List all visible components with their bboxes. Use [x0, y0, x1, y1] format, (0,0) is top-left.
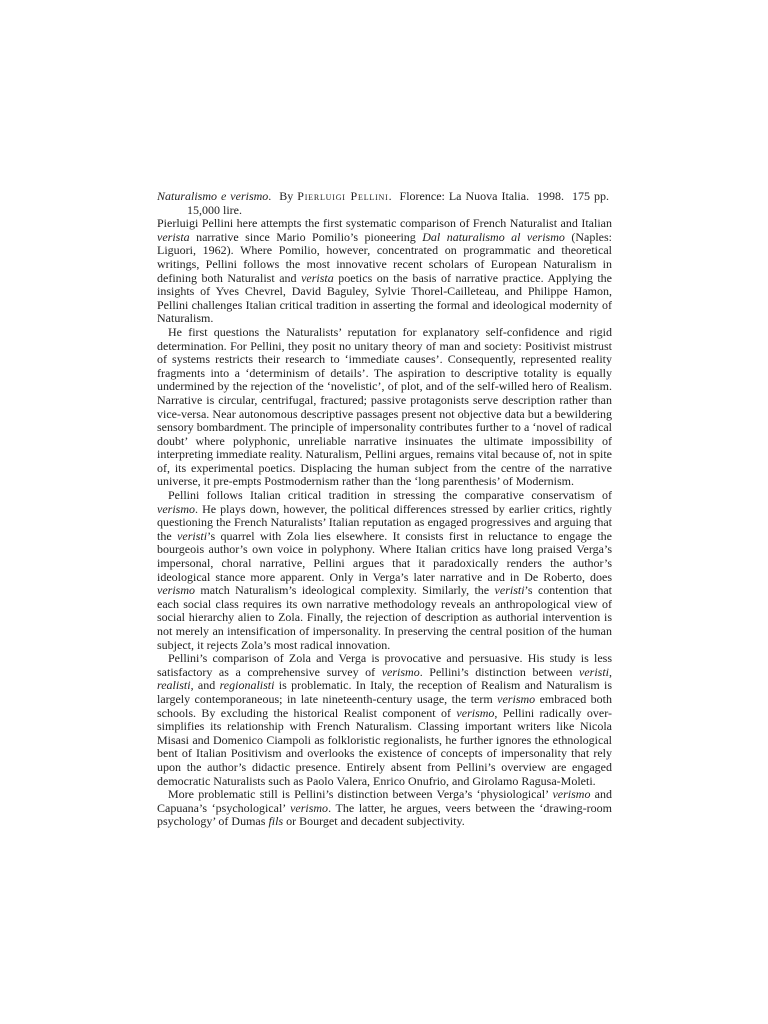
review-text-block: Naturalismo e verismo. By Pierluigi Pell… — [157, 190, 612, 829]
text-run: or Bourget and decadent subjectivity. — [283, 814, 465, 828]
italic-term: realisti — [157, 678, 191, 692]
italic-term: Naturalismo e verismo — [157, 189, 268, 203]
italic-term: veristi — [579, 665, 609, 679]
italic-term: veristi — [177, 529, 207, 543]
review-paragraph: Pierluigi Pellini here attempts the firs… — [157, 217, 612, 326]
text-run: , and — [191, 678, 220, 692]
review-citation: Naturalismo e verismo. By Pierluigi Pell… — [157, 190, 612, 217]
italic-term: regionalisti — [220, 678, 275, 692]
italic-term: verismo — [497, 692, 535, 706]
text-run: ’s quarrel with Zola lies elsewhere. It … — [157, 529, 612, 584]
text-run: match Naturalism’s ideological complexit… — [195, 583, 495, 597]
italic-term: verismo — [290, 801, 328, 815]
italic-term: veristi — [495, 583, 525, 597]
review-paragraph: Pellini follows Italian critical traditi… — [157, 489, 612, 652]
italic-term: verismo — [382, 665, 420, 679]
text-run: More problematic still is Pellini’s dist… — [168, 787, 552, 801]
italic-term: verista — [301, 271, 334, 285]
author-name-small-caps: Pierluigi Pellini — [297, 189, 388, 203]
text-run: . Pellini’s distinction between — [420, 665, 579, 679]
text-run: Pellini follows Italian critical traditi… — [168, 488, 612, 502]
text-run: narrative since Mario Pomilio’s pioneeri… — [190, 230, 423, 244]
italic-term: fils — [268, 814, 283, 828]
text-run: He first questions the Naturalists’ repu… — [157, 325, 612, 489]
page-sheet: Naturalismo e verismo. By Pierluigi Pell… — [139, 178, 631, 938]
review-paragraph: He first questions the Naturalists’ repu… — [157, 326, 612, 489]
text-run: Pierluigi Pellini here attempts the firs… — [157, 216, 612, 230]
review-paragraph: More problematic still is Pellini’s dist… — [157, 788, 612, 829]
italic-term: verismo — [157, 583, 195, 597]
review-paragraph: Pellini’s comparison of Zola and Verga i… — [157, 652, 612, 788]
italic-term: verismo — [552, 787, 590, 801]
text-run: . By — [268, 189, 297, 203]
italic-term: verismo — [157, 502, 195, 516]
italic-term: Dal naturalismo al verismo — [422, 230, 565, 244]
text-run: , — [609, 665, 612, 679]
review-body: Pierluigi Pellini here attempts the firs… — [157, 217, 612, 829]
italic-term: verista — [157, 230, 190, 244]
italic-term: verismo — [456, 706, 494, 720]
